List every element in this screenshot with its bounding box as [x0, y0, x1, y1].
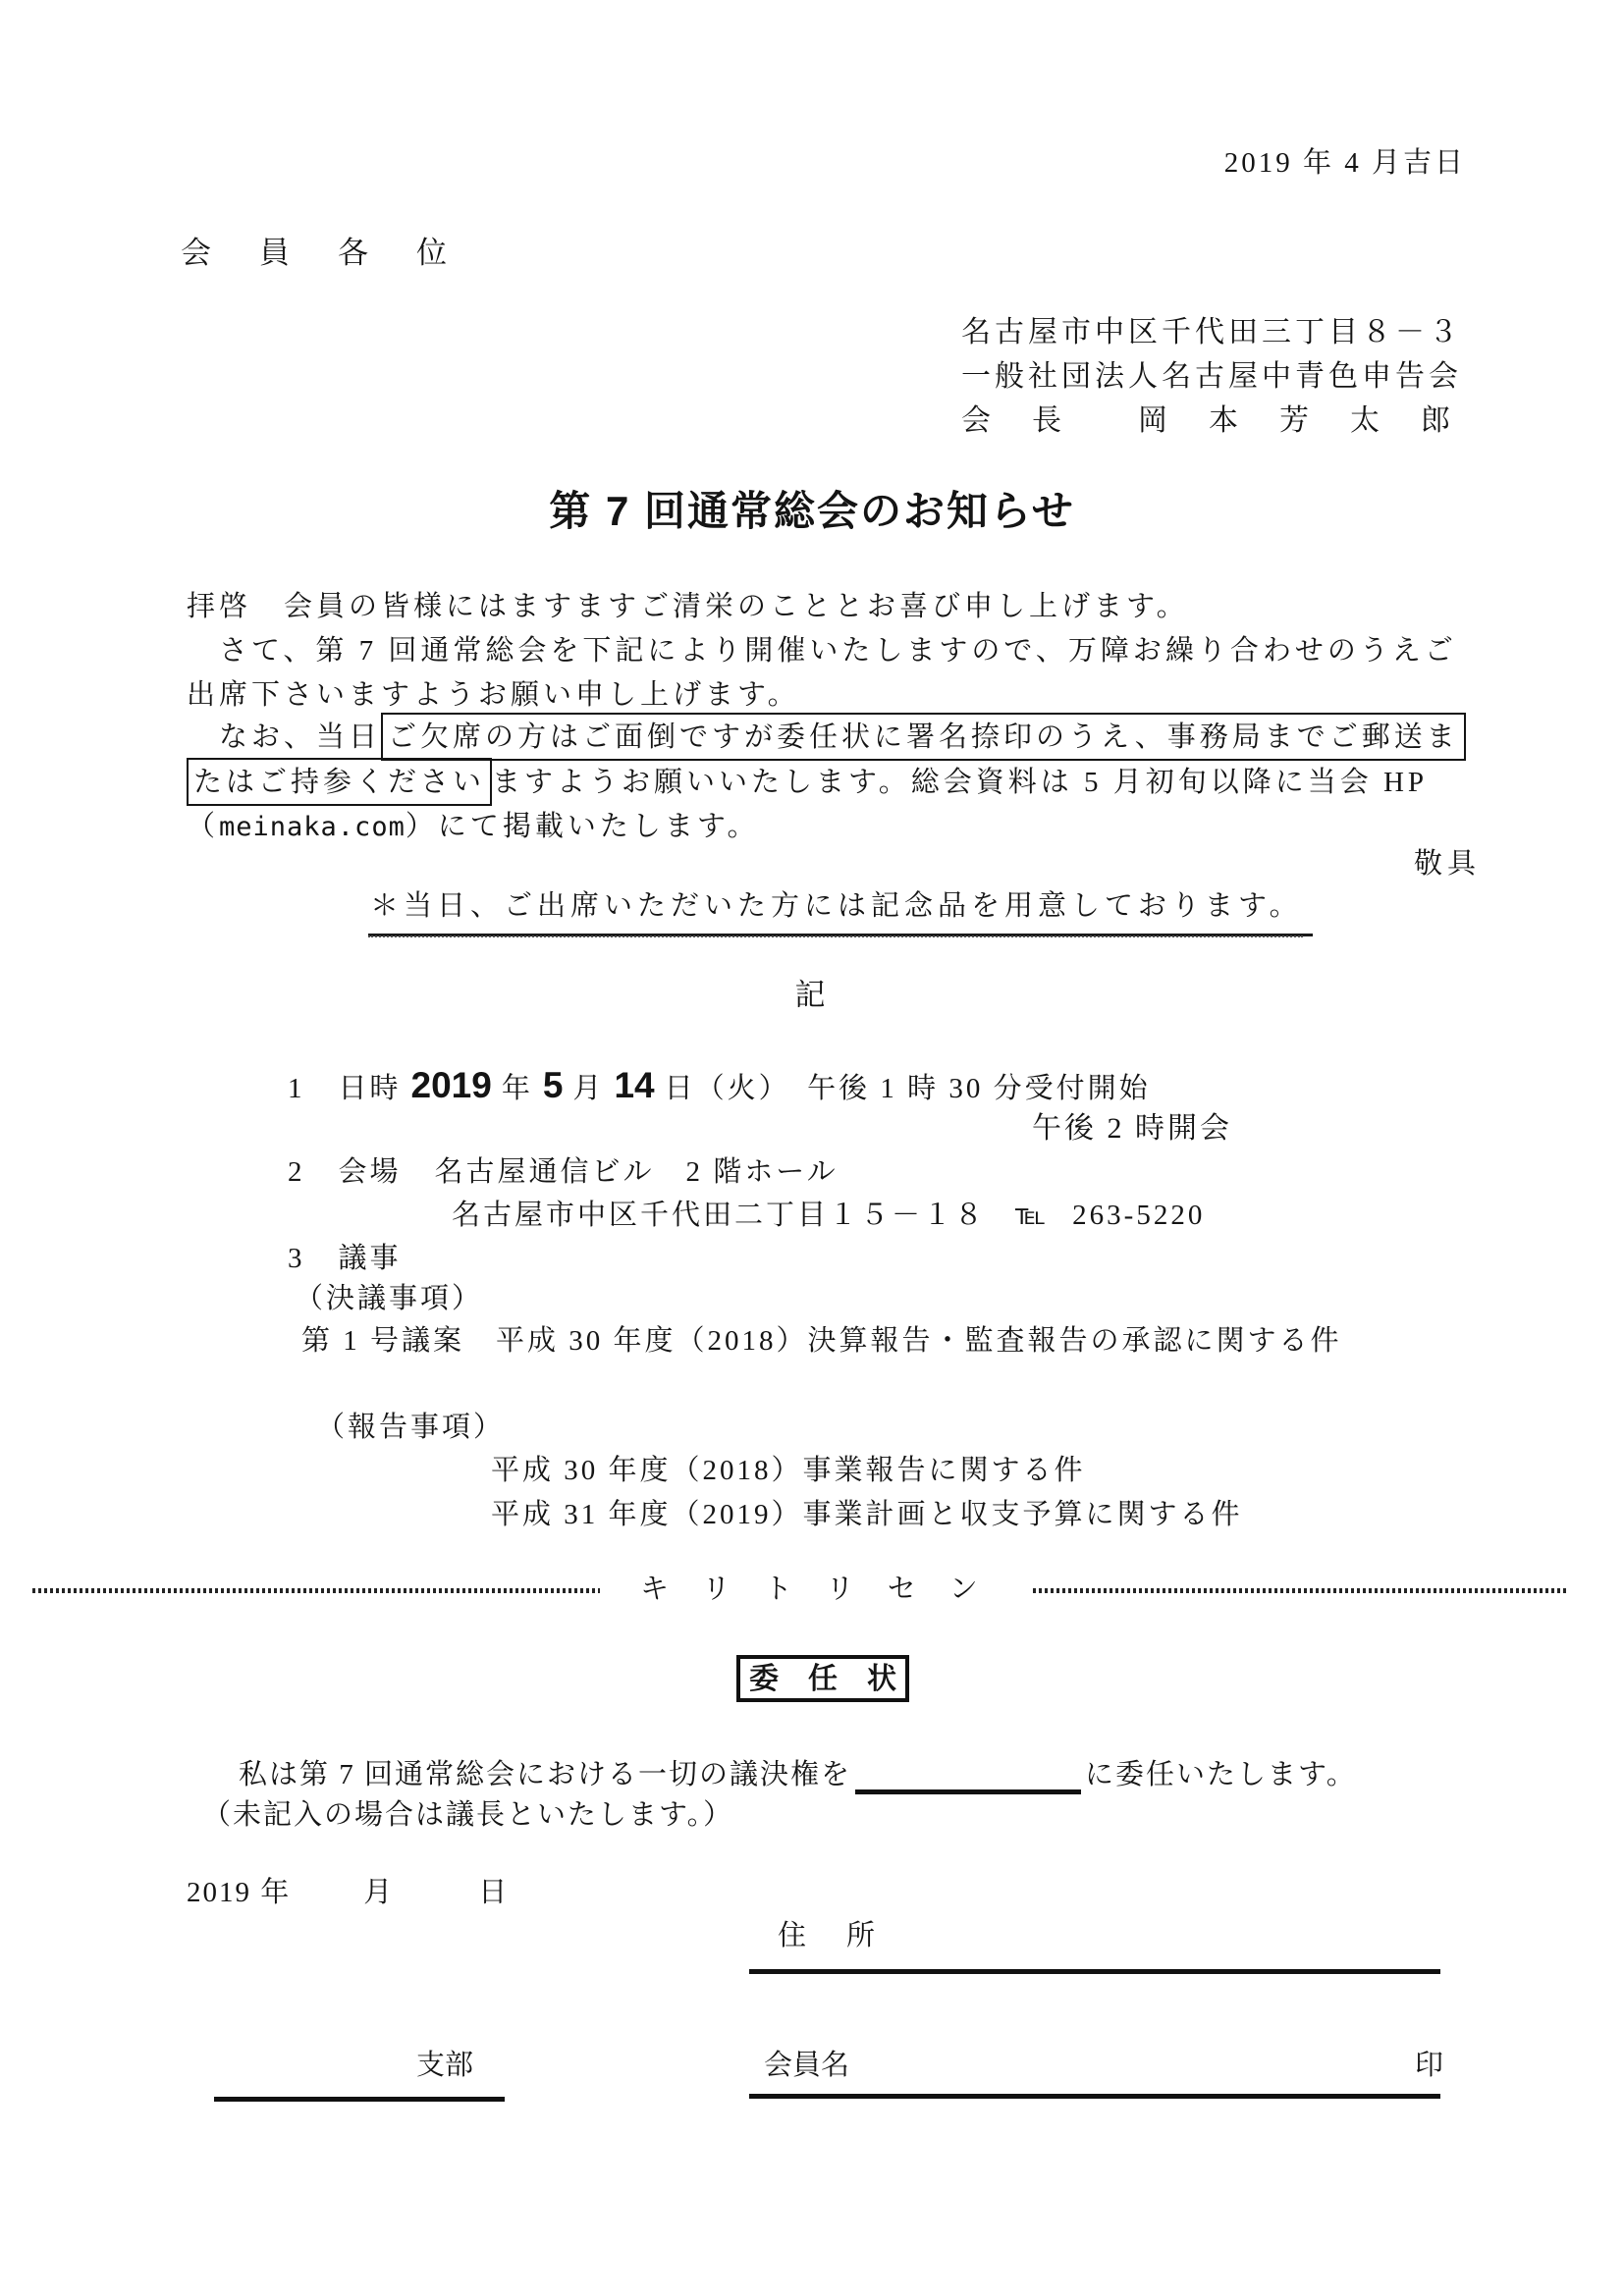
- proxy-date-year: 2019 年: [187, 1877, 291, 1908]
- sender-organization: 一般社団法人名古屋中青色申告会: [961, 354, 1462, 399]
- resolution-item: 第 1 号議案 平成 30 年度（2018）決算報告・監査報告の承認に関する件: [301, 1323, 1342, 1361]
- venue-item-no: 2: [288, 1156, 305, 1188]
- cut-line-right-dashes: [1033, 1588, 1568, 1593]
- venue-address: 名古屋市中区千代田二丁目１５－１８: [452, 1200, 986, 1231]
- delegate-name-blank: [855, 1760, 1081, 1794]
- proxy-title-box: 委 任 状: [736, 1655, 909, 1702]
- venue-name: 名古屋通信ビル 2 階ホール: [435, 1156, 839, 1188]
- website-url: meinaka.com: [219, 812, 406, 842]
- schedule-day: 14: [614, 1065, 654, 1105]
- greeting-line-3: 出席下さいますようお願い申し上げます。: [187, 677, 800, 715]
- schedule-month-unit: 月: [572, 1073, 604, 1104]
- absent-notice-rest: ますようお願いいたします。総会資料は 5 月初旬以降に当会 HP: [492, 767, 1428, 798]
- report-heading: （報告事項）: [316, 1410, 505, 1447]
- schedule-item-no: 1: [288, 1073, 305, 1104]
- agenda-line: 3議事: [288, 1241, 402, 1278]
- cut-line-left-dashes: [32, 1588, 600, 1593]
- opening-time: 午後 2 時開会: [1032, 1109, 1232, 1148]
- proxy-date-month: 月: [363, 1877, 394, 1908]
- seal-label: 印: [1415, 2048, 1443, 2085]
- proxy-title: 委 任 状: [749, 1660, 896, 1698]
- venue-tel: 263-5220: [1072, 1200, 1205, 1231]
- schedule-year-unit: 年: [502, 1073, 533, 1104]
- schedule-line: 1日時2019年5月14日（火） 午後 1 時 30 分受付開始: [288, 1062, 1151, 1109]
- proxy-date-day: 日: [478, 1877, 509, 1908]
- branch-label: 支部: [416, 2048, 473, 2085]
- proxy-sentence-prefix: 私は第 7 回通常総会における一切の議決権を: [208, 1759, 851, 1790]
- greeting-line-4: なお、当日ご欠席の方はご面倒ですが委任状に署名捺印のうえ、事務局までご郵送ま: [187, 720, 1466, 757]
- paren-open: （: [187, 811, 219, 842]
- resolution-heading: （決議事項）: [295, 1281, 483, 1318]
- greeting-line-5: たはご持参くださいますようお願いいたします。総会資料は 5 月初旬以降に当会 H…: [187, 765, 1428, 802]
- website-rest: ）にて掲載いたします。: [406, 811, 760, 842]
- sender-block: 名古屋市中区千代田三丁目８－３ 一般社団法人名古屋中青色申告会 会 長 岡 本 …: [961, 310, 1462, 443]
- document-page: 2019 年 4 月吉日 会 員 各 位 名古屋市中区千代田三丁目８－３ 一般社…: [0, 0, 1624, 2296]
- cut-line-label: キリトリセン: [640, 1572, 1011, 1609]
- report-item-2: 平成 31 年度（2019）事業計画と収支予算に関する件: [491, 1497, 1243, 1534]
- page-title: 第 7 回通常総会のお知らせ: [0, 485, 1624, 539]
- venue-address-line: 名古屋市中区千代田二丁目１５－１８℡263-5220: [452, 1198, 1205, 1235]
- absent-request-box-2: たはご持参ください: [187, 758, 492, 806]
- proxy-date-line: 2019 年月日: [187, 1875, 509, 1912]
- report-item-1: 平成 30 年度（2018）事業報告に関する件: [491, 1453, 1086, 1490]
- agenda-item-no: 3: [288, 1243, 305, 1274]
- proxy-sentence-suffix: に委任いたします。: [1085, 1759, 1357, 1790]
- schedule-day-rest: 日（火） 午後 1 時 30 分受付開始: [665, 1073, 1151, 1104]
- closing-keigu: 敬具: [1414, 846, 1481, 883]
- absent-notice-prefix: なお、当日: [187, 721, 381, 753]
- schedule-label: 日時: [339, 1073, 402, 1104]
- souvenir-note-underline: [368, 935, 1303, 937]
- schedule-month: 5: [543, 1065, 564, 1105]
- agenda-label: 議事: [339, 1243, 402, 1274]
- address-label: 住 所: [778, 1918, 881, 1955]
- member-name-label: 会員名: [764, 2048, 849, 2085]
- record-mark: 記: [0, 976, 1624, 1015]
- venue-label: 会場: [339, 1156, 402, 1188]
- branch-underline: [214, 2097, 505, 2102]
- issue-date: 2019 年 4 月吉日: [1224, 145, 1466, 183]
- sender-president: 会 長 岡 本 芳 太 郎: [961, 399, 1462, 443]
- absent-request-box-1: ご欠席の方はご面倒ですが委任状に署名捺印のうえ、事務局までご郵送ま: [381, 713, 1466, 761]
- proxy-note: （未記入の場合は議長といたします。）: [202, 1797, 733, 1835]
- schedule-year: 2019: [411, 1065, 492, 1105]
- venue-line: 2会場名古屋通信ビル 2 階ホール: [288, 1154, 839, 1192]
- greeting-line-6: （meinaka.com）にて掲載いたします。: [187, 809, 760, 846]
- greeting-line-1: 拝啓 会員の皆様にはますますご清栄のこととお喜び申し上げます。: [187, 589, 1189, 626]
- greeting-line-2: さて、第 7 回通常総会を下記により開催いたしますので、万障お繰り合わせのうえご: [187, 633, 1457, 670]
- address-underline: [749, 1969, 1440, 1974]
- souvenir-note: ＊当日、ご出席いただいた方には記念品を用意しております。: [368, 888, 1313, 936]
- member-name-underline: [749, 2094, 1440, 2099]
- tel-icon: ℡: [1015, 1200, 1049, 1231]
- recipient-line: 会 員 各 位: [181, 234, 456, 273]
- proxy-sentence: 私は第 7 回通常総会における一切の議決権をに委任いたします。: [208, 1757, 1357, 1794]
- sender-address: 名古屋市中区千代田三丁目８－３: [961, 310, 1462, 354]
